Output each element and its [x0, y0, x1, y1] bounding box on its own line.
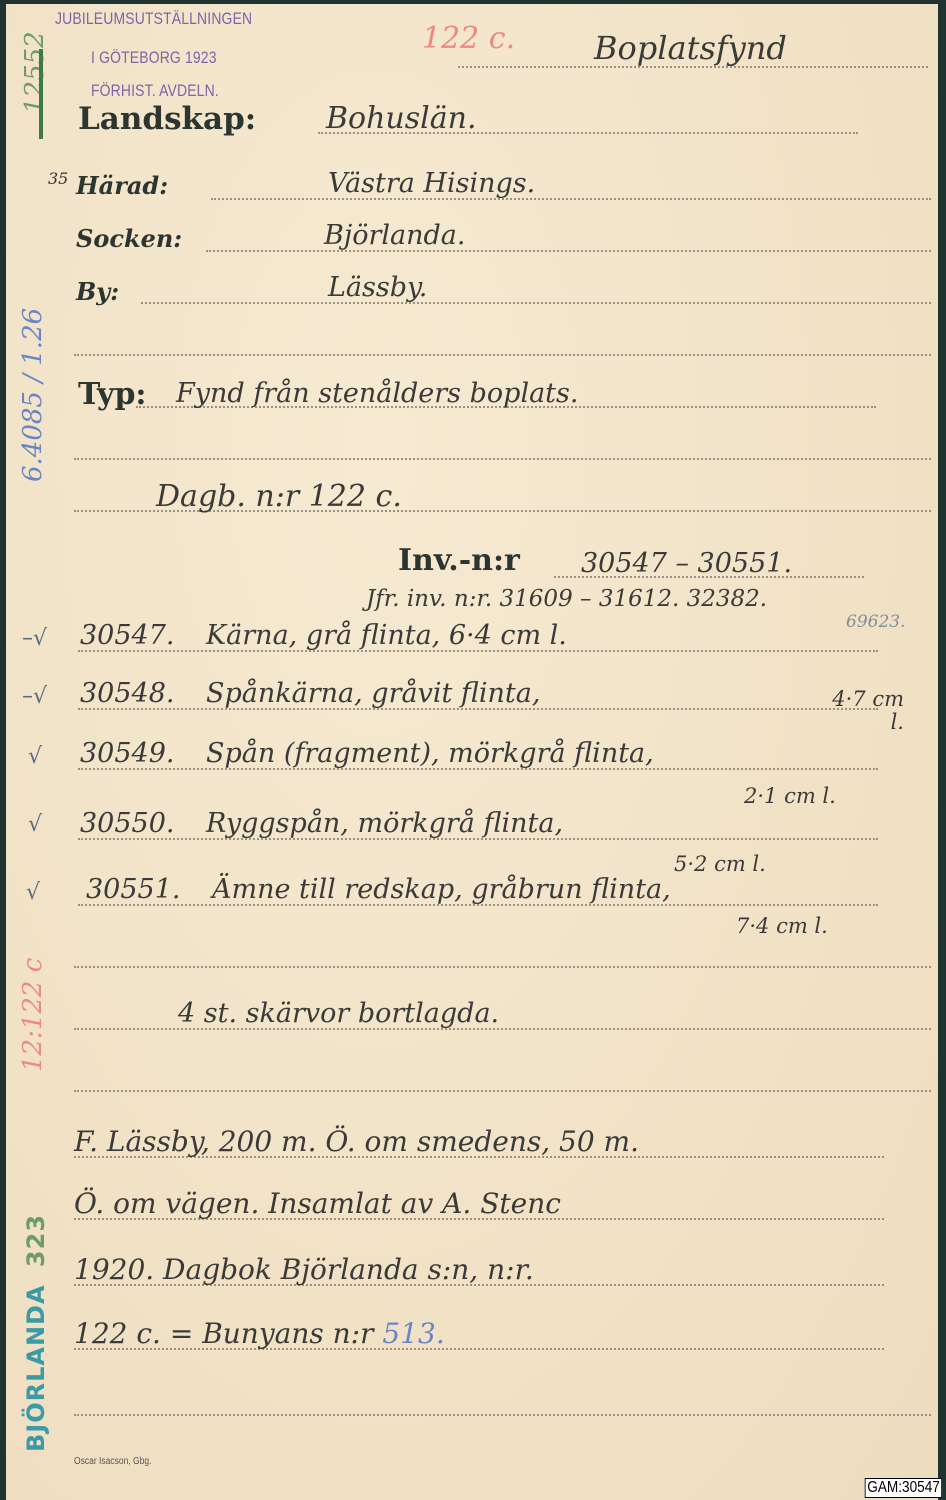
- place-stamp-name: BJÖRLANDA: [22, 1284, 50, 1452]
- inventory-label: Inv.-n:r: [398, 546, 520, 576]
- strike-line: [39, 49, 43, 139]
- check-mark-icon: √: [26, 880, 40, 905]
- archive-id-label: GAM:30547: [864, 1478, 942, 1498]
- harad-label: Härad:: [76, 174, 168, 198]
- bunyan-number: 513.: [382, 1317, 444, 1350]
- margin-red-note: 12:122 c: [20, 958, 46, 1072]
- blank-dotted-line-4: [74, 1090, 931, 1092]
- check-mark-icon: √: [28, 744, 42, 769]
- margin-green-note: 12552: [22, 31, 48, 114]
- stamp-line-1: JUBILEUMSUTSTÄLLNINGEN: [55, 10, 252, 27]
- dagbok-reference: Dagb. n:r 122 c.: [156, 482, 402, 512]
- item-description: Spån (fragment), mörkgrå flinta,: [206, 740, 654, 767]
- check-mark-icon: √: [28, 812, 42, 837]
- by-value: Lässby.: [328, 274, 427, 301]
- by-dotted-line: [141, 302, 931, 304]
- stamp-line-2: I GÖTEBORG 1923: [91, 49, 217, 66]
- description-line-3: 1920. Dagbok Björlanda s:n, n:r.: [74, 1256, 534, 1284]
- blank-dotted-line-2: [74, 458, 931, 460]
- description-line-4-text: 122 c. = Bunyans n:r: [74, 1317, 374, 1350]
- harad-value: Västra Hisings.: [328, 170, 535, 197]
- margin-small-note: 35: [48, 172, 60, 186]
- item-measurement: 2·1 cm l.: [744, 786, 836, 807]
- inventory-range: 30547 – 30551.: [581, 550, 792, 577]
- description-line-2: Ö. om vägen. Insamlat av A. Stenc: [74, 1190, 561, 1218]
- inventory-related-extra: 69623.: [846, 614, 905, 631]
- category-title: Boplatsfynd: [594, 32, 787, 64]
- item-number: 30547.: [80, 622, 174, 649]
- item-number: 30549.: [80, 740, 174, 767]
- blank-dotted-line-5: [74, 1414, 931, 1416]
- landskap-value: Bohuslän.: [326, 104, 476, 134]
- socken-label: Socken:: [76, 227, 182, 251]
- description-line-4: 122 c. = Bunyans n:r 513.: [74, 1320, 445, 1348]
- printer-credit: Oscar Isacson, Gbg.: [74, 1456, 151, 1467]
- item-measurement: 7·4 cm l.: [736, 916, 828, 937]
- description-line-1: F. Lässby, 200 m. Ö. om smedens, 50 m.: [74, 1128, 639, 1156]
- place-stamp: BJÖRLANDA 323: [24, 1214, 48, 1452]
- catalog-card: JUBILEUMSUTSTÄLLNINGEN I GÖTEBORG 1923 F…: [6, 4, 938, 1500]
- red-catalog-number: 122 c.: [422, 24, 515, 54]
- item-measurement: 5·2 cm l.: [674, 854, 766, 875]
- item-measurement: 4·7 cm l.: [814, 688, 904, 734]
- item-description: Kärna, grå flinta, 6·4 cm l.: [206, 622, 567, 649]
- remark-text: 4 st. skärvor bortlagda.: [178, 1000, 499, 1027]
- blank-dotted-line-3: [74, 966, 931, 968]
- item-description: Ryggspån, mörkgrå flinta,: [206, 810, 563, 837]
- item-number: 30551.: [86, 876, 180, 903]
- socken-dotted-line: [206, 250, 931, 252]
- place-stamp-number: 323: [22, 1214, 50, 1267]
- item-description: Ämne till redskap, gråbrun flinta,: [212, 876, 671, 903]
- by-label: By:: [76, 280, 119, 304]
- item-number: 30550.: [80, 810, 174, 837]
- stamp-line-3: FÖRHIST. AVDELN.: [91, 82, 219, 99]
- check-mark-icon: –√: [22, 684, 47, 709]
- blank-dotted-line-1: [74, 354, 931, 356]
- inventory-related: Jfr. inv. n:r. 31609 – 31612. 32382.: [366, 588, 767, 611]
- item-number: 30548.: [80, 680, 174, 707]
- item-description: Spånkärna, gråvit flinta,: [206, 680, 540, 707]
- socken-value: Björlanda.: [324, 222, 465, 249]
- check-mark-icon: –√: [22, 626, 47, 651]
- typ-value: Fynd från stenålders boplats.: [176, 380, 578, 407]
- margin-blue-note: 6.4085 / 1.26: [20, 308, 46, 482]
- harad-dotted-line: [211, 198, 931, 200]
- landskap-label: Landskap:: [78, 104, 256, 135]
